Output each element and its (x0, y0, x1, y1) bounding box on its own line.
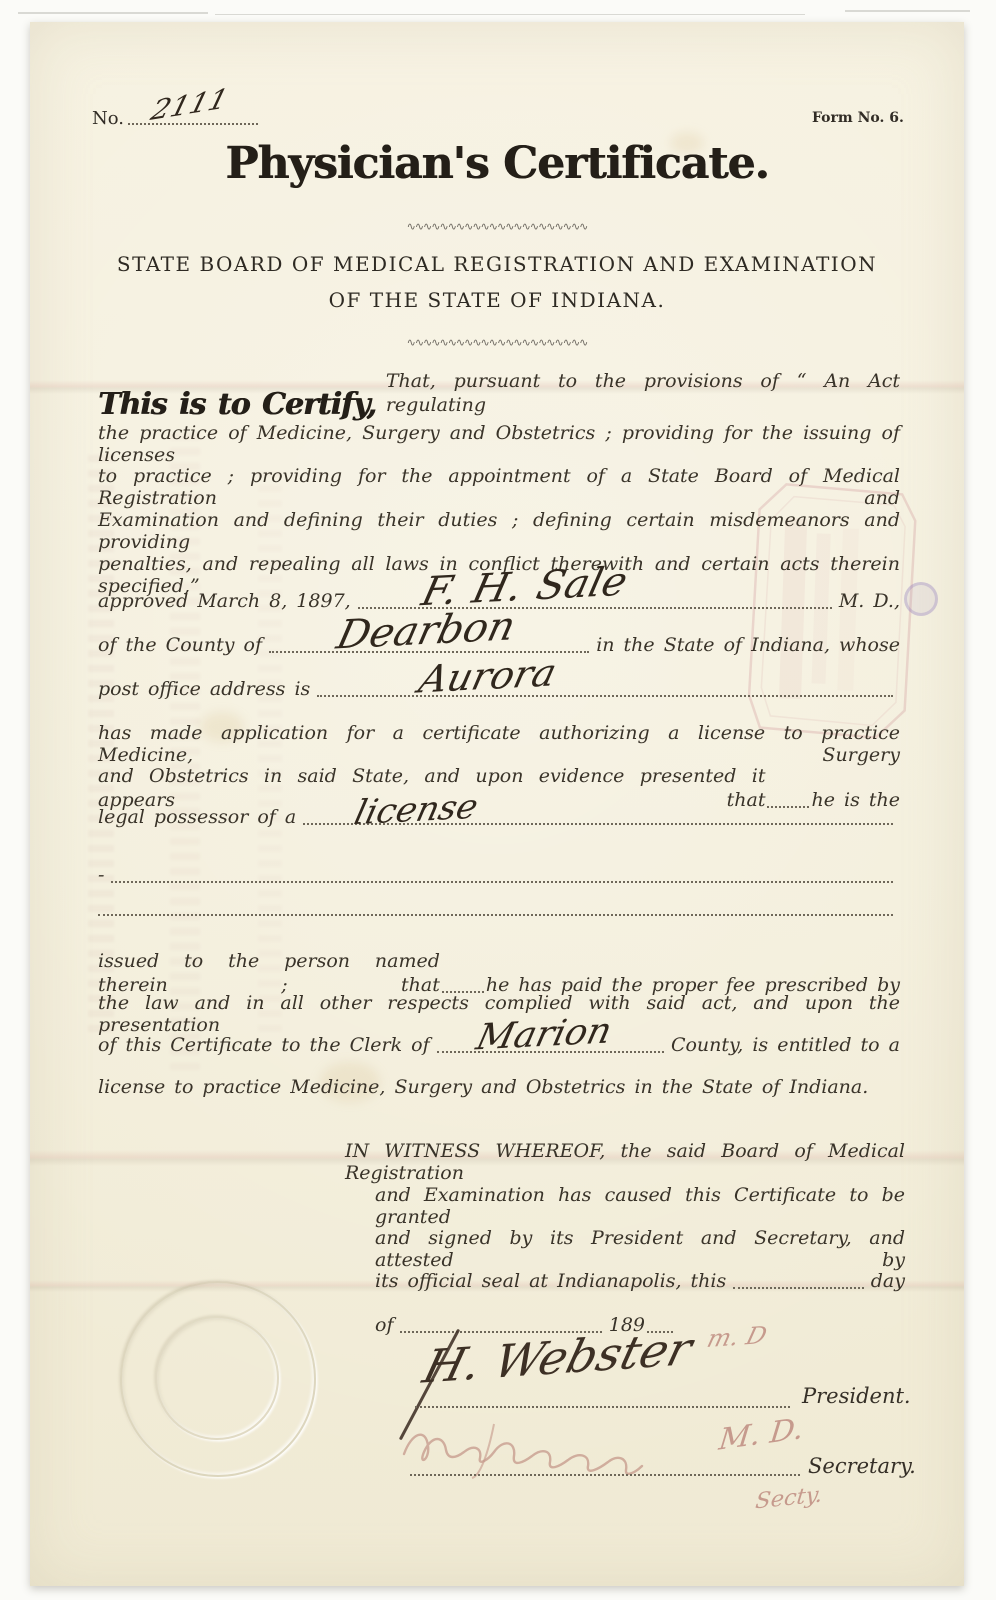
witness-line-1: IN WITNESS WHEREOF, the said Board of Me… (345, 1140, 905, 1184)
number-blank-line: 2111 (128, 121, 258, 125)
post-office-text: post office address is (98, 678, 310, 702)
board-name-line2: OF THE STATE OF INDIANA. (30, 288, 964, 312)
handwritten-number: 2111 (148, 85, 231, 125)
md-suffix: M. D., (839, 590, 900, 614)
license-practice-line: license to practice Medicine, Surgery an… (98, 1076, 900, 1098)
possessor-line: legal possessor of a license (98, 806, 900, 830)
certify-text: That, pursuant to the provisions of “ An… (386, 370, 900, 418)
embossed-seal-inner-ring (155, 1316, 279, 1440)
day-blank-line (733, 1285, 864, 1289)
clerk-text-post: County, is entitled to a (671, 1034, 900, 1058)
circular-stamp (904, 582, 938, 616)
certify-line-4: Examination and defining their duties ; … (98, 509, 900, 553)
squiggle-separator: ∿∿∿∿∿∿∿∿∿∿∿∿∿∿∿∿∿∿∿∿∿∿ (30, 336, 964, 349)
president-signature-degree: m. D (704, 1321, 770, 1353)
clerk-line: of this Certificate to the Clerk of Mari… (98, 1034, 900, 1058)
secretary-role-label: Secretary. (808, 1454, 916, 1478)
witness-line-3: and signed by its President and Secretar… (375, 1227, 905, 1271)
form-number: Form No. 6. (812, 110, 904, 126)
certify-lead: This is to Certify, (98, 391, 376, 418)
number-label: No. (92, 108, 124, 129)
scan-edge-artifact (215, 14, 805, 15)
day-text: day (871, 1270, 905, 1294)
handwritten-name: F. H. Sale (418, 562, 631, 612)
witness-line-4: its official seal at Indianapolis, this … (375, 1270, 905, 1294)
post-office-blank-line: Aurora (317, 693, 893, 697)
certify-line-2: the practice of Medicine, Surgery and Ob… (98, 422, 900, 466)
post-office-line: post office address is Aurora (98, 678, 900, 702)
clerk-county-blank: Marion (437, 1049, 664, 1053)
certificate-number-field: No. 2111 (92, 108, 258, 129)
board-name-line1: STATE BOARD OF MEDICAL REGISTRATION AND … (30, 252, 964, 276)
application-line-1: has made application for a certificate a… (98, 722, 900, 766)
approved-text: approved March 8, 1897, (98, 590, 351, 614)
certify-line-1: This is to Certify, That, pursuant to th… (98, 370, 900, 418)
blank-line (98, 912, 893, 916)
squiggle-separator: ∿∿∿∿∿∿∿∿∿∿∿∿∿∿∿∿∿∿∿∿∿∿ (30, 220, 964, 233)
blank-dotted-line-1: - (98, 864, 900, 888)
handwritten-post-office: Aurora (416, 653, 560, 698)
clerk-text-pre: of this Certificate to the Clerk of (98, 1034, 430, 1058)
issued-text: issued to the person named therein ; tha… (98, 950, 440, 998)
handwritten-clerk-county: Marion (472, 1013, 614, 1056)
county-text-pre: of the County of (98, 634, 262, 658)
blank-dotted-line-2 (98, 912, 900, 921)
witness-line-2: and Examination has caused this Certific… (375, 1184, 905, 1228)
seal-text: its official seal at Indianapolis, this (375, 1270, 726, 1294)
scan-edge-artifact (845, 10, 970, 12)
possessor-text: legal possessor of a (98, 806, 296, 830)
president-role-label: President. (802, 1384, 911, 1408)
handwritten-license: license (351, 790, 481, 830)
blank-line (111, 879, 893, 883)
of-text: of (375, 1314, 393, 1338)
scanned-certificate-page: { "colors": { "paper": "#f4efdd", "ink":… (0, 0, 996, 1600)
county-text-post: in the State of Indiana, whose (596, 634, 900, 658)
issued-line: issued to the person named therein ; tha… (98, 950, 900, 998)
possessor-blank-line: license (303, 821, 893, 825)
secretary-signature-degree: M. D. (717, 1414, 805, 1455)
secretary-signature-line (410, 1472, 800, 1476)
handwritten-county: Dearbon (334, 606, 520, 655)
embossed-seal (120, 1281, 316, 1477)
president-signature-line (415, 1404, 790, 1408)
dash: - (98, 864, 104, 888)
secretary-note: Secty. (754, 1485, 823, 1514)
secretary-signature-squiggle (398, 1414, 738, 1480)
scan-edge-artifact (18, 12, 208, 14)
certificate-paper: No. 2111 Form No. 6. Physician's Certifi… (30, 22, 964, 1586)
certify-line-3: to practice ; providing for the appointm… (98, 465, 900, 509)
certificate-title: Physician's Certificate. (30, 138, 964, 189)
